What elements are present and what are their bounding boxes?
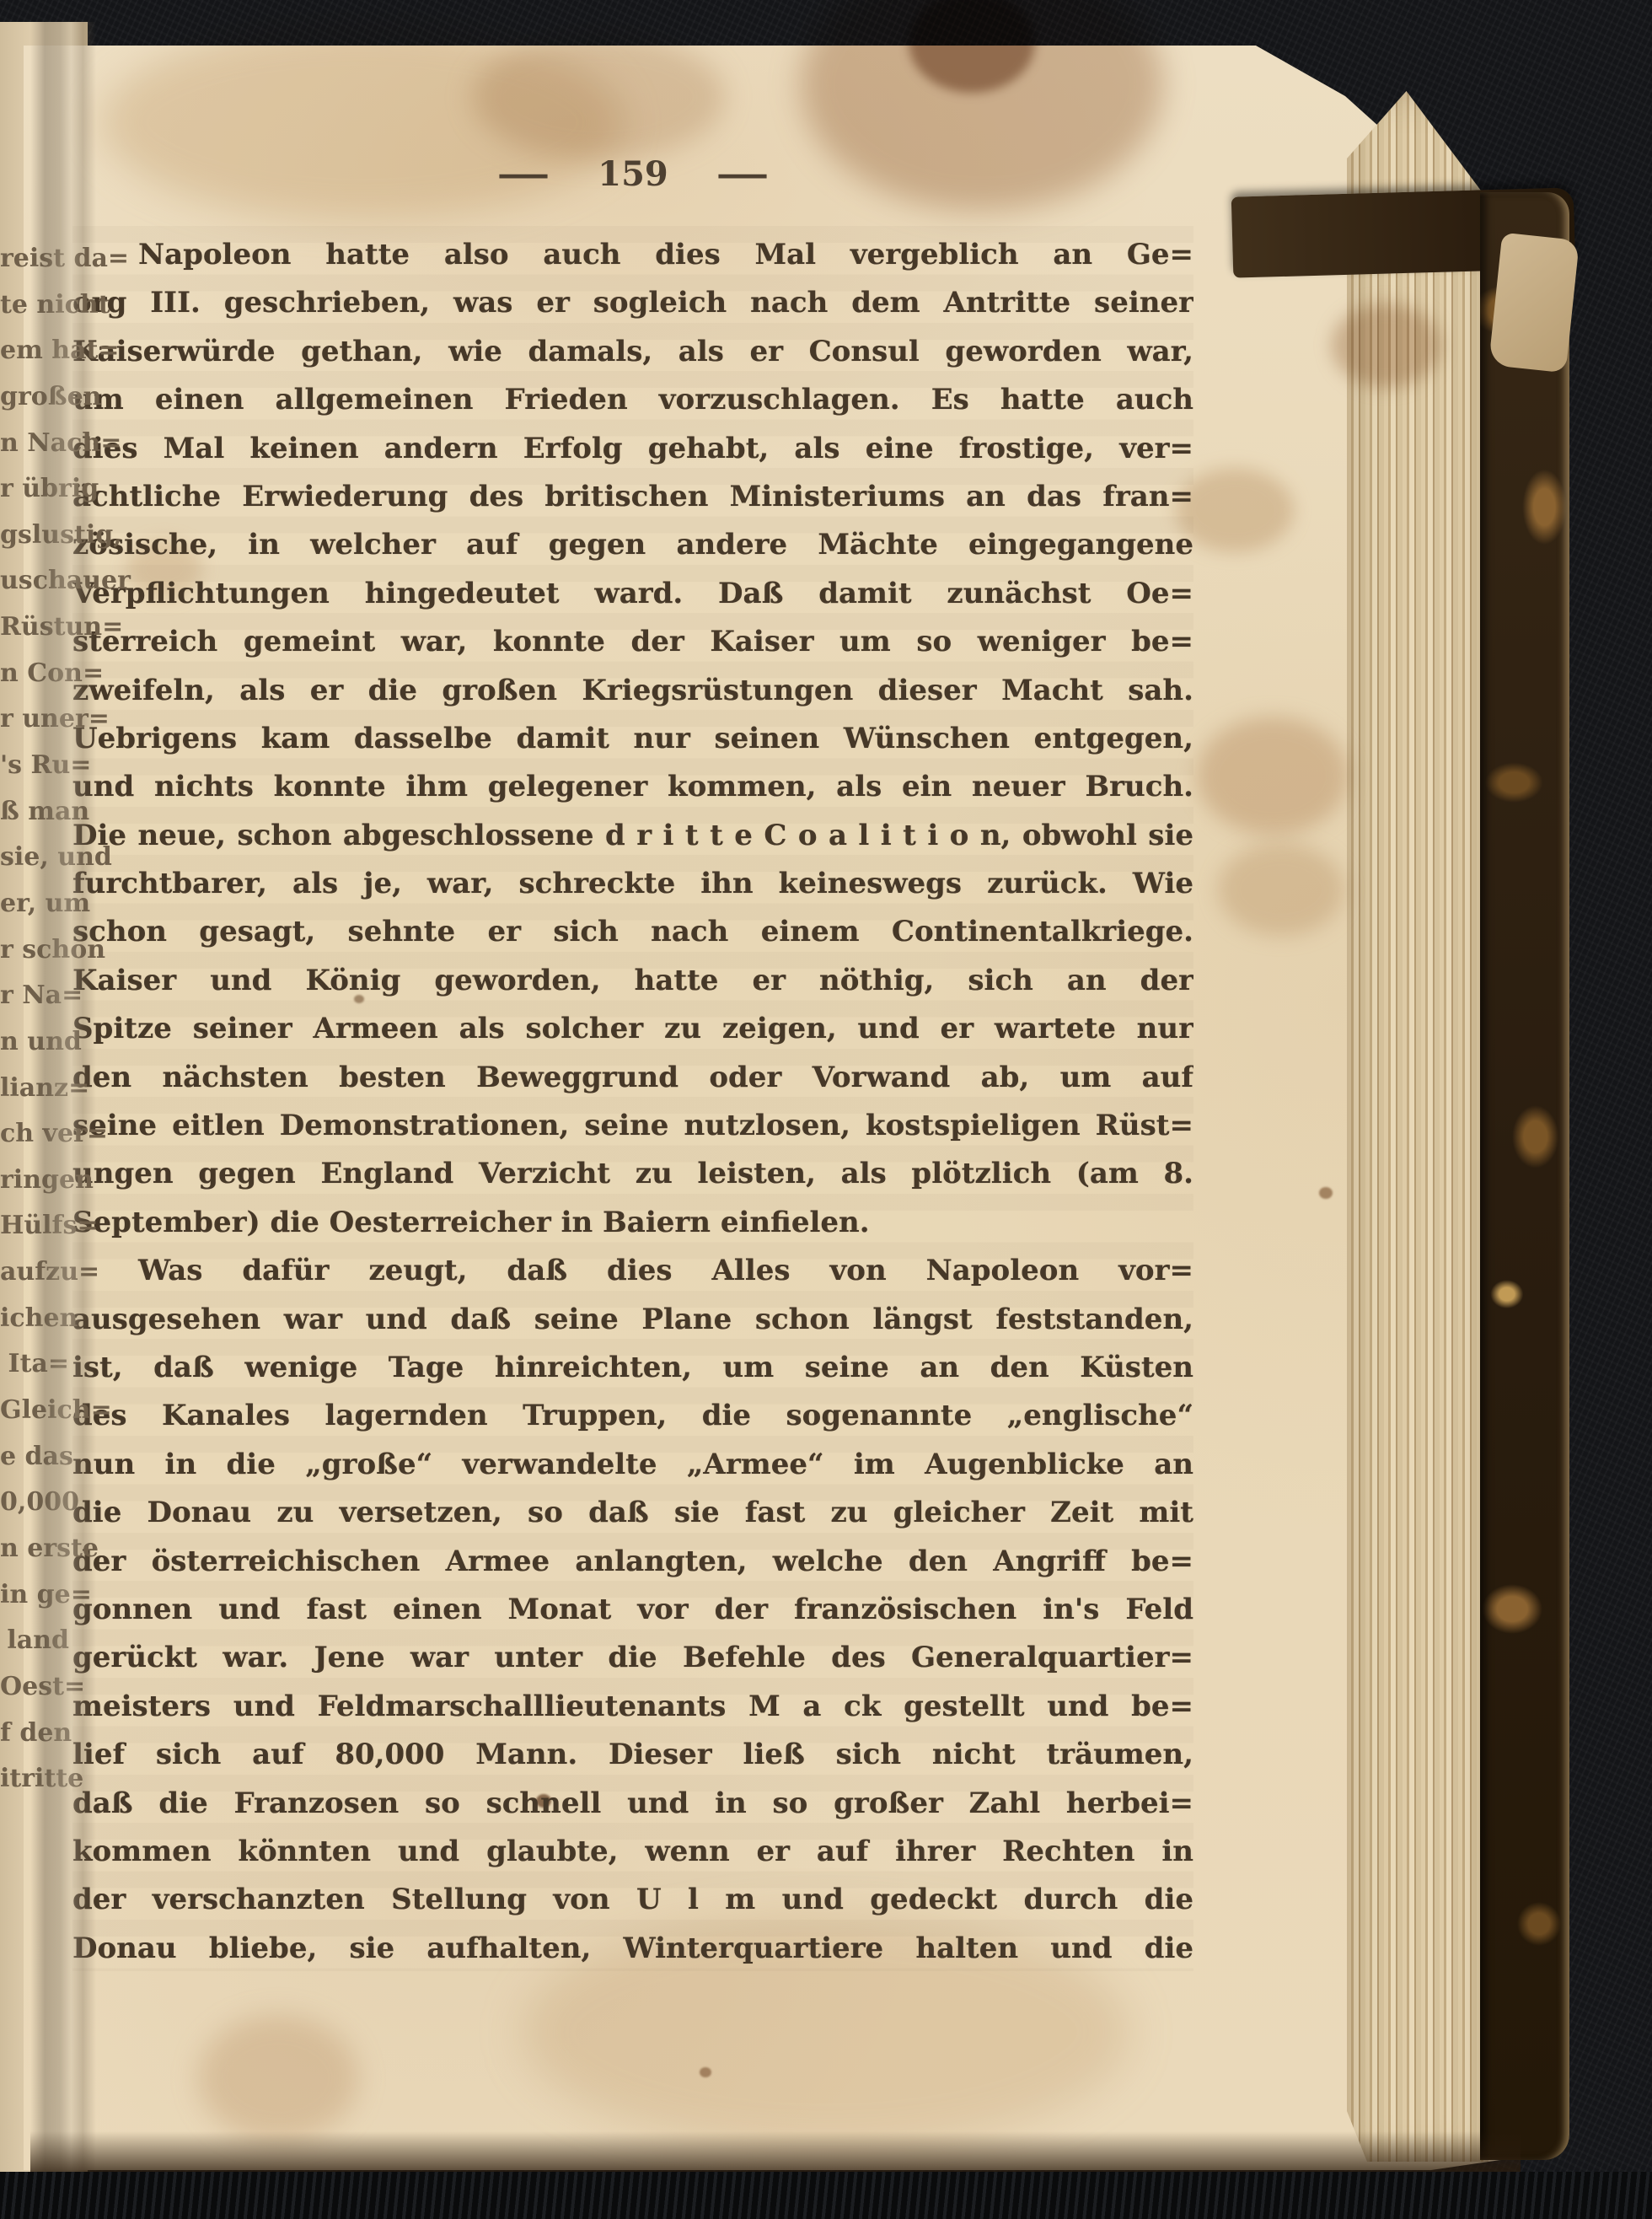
leather-background-ridges — [0, 2172, 1652, 2219]
text-block: Napoleon hatte also auch dies Mal vergeb… — [72, 231, 1193, 1973]
text-line: Kaiserwürde gethan, wie damals, als er C… — [72, 328, 1193, 376]
text-line: sterreich gemeint war, konnte der Kaiser… — [72, 618, 1193, 666]
text-line: ausgesehen war und daß seine Plane schon… — [72, 1296, 1193, 1344]
text-line: meisters und Feldmarschalllieutenants M … — [72, 1683, 1193, 1731]
text-line: ungen gegen England Verzicht zu leisten,… — [72, 1150, 1193, 1198]
text-line: seine eitlen Demonstrationen, seine nutz… — [72, 1102, 1193, 1150]
marbled-cover — [1480, 192, 1569, 2160]
text-line: Spitze seiner Armeen als solcher zu zeig… — [72, 1005, 1193, 1053]
text-line: org III. geschrieben, was er sogleich na… — [72, 279, 1193, 327]
text-line: September) die Oesterreicher in Baiern e… — [72, 1199, 1193, 1247]
header-dash-left: — — [496, 154, 550, 194]
text-line: den nächsten besten Beweggrund oder Vorw… — [72, 1054, 1193, 1102]
text-line: nun in die „große“ verwandelte „Armee“ i… — [72, 1441, 1193, 1489]
text-line: lief sich auf 80,000 Mann. Dieser ließ s… — [72, 1731, 1193, 1779]
text-line: und nichts konnte ihm gelegener kommen, … — [72, 763, 1193, 811]
text-line: zösische, in welcher auf gegen andere Mä… — [72, 521, 1193, 569]
text-line: Was dafür zeugt, daß dies Alles von Napo… — [72, 1247, 1193, 1295]
text-line: Die neue, schon abgeschlossene d r i t t… — [72, 812, 1193, 860]
text-line: der verschanzten Stellung von U l m und … — [72, 1876, 1193, 1924]
page-number-header: — 159 — — [72, 152, 1193, 196]
text-line: um einen allgemeinen Frieden vorzuschlag… — [72, 376, 1193, 424]
text-line: dies Mal keinen andern Erfolg gehabt, al… — [72, 425, 1193, 473]
page-stack-edges — [1347, 91, 1488, 2162]
text-line: kommen könnten und glaubte, wenn er auf … — [72, 1828, 1193, 1876]
gutter-fold — [30, 22, 96, 2206]
text-line: die Donau zu versetzen, so daß sie fast … — [72, 1489, 1193, 1537]
header-dash-right: — — [716, 154, 770, 194]
text-line: Verpflichtungen hingedeutet ward. Daß da… — [72, 570, 1193, 618]
text-line: gerückt war. Jene war unter die Befehle … — [72, 1634, 1193, 1682]
text-line: des Kanales lagernden Truppen, die sogen… — [72, 1392, 1193, 1440]
text-line: schon gesagt, sehnte er sich nach einem … — [72, 908, 1193, 956]
text-line: daß die Franzosen so schnell und in so g… — [72, 1780, 1193, 1828]
text-line: ächtliche Erwiederung des britischen Min… — [72, 473, 1193, 521]
bottom-page-shadow — [30, 2131, 1521, 2177]
text-line: Uebrigens kam dasselbe damit nur seinen … — [72, 715, 1193, 763]
page-top-edge — [106, 18, 1326, 105]
text-line: zweifeln, als er die großen Kriegsrüstun… — [72, 667, 1193, 715]
text-line: Napoleon hatte also auch dies Mal vergeb… — [72, 231, 1193, 279]
book-scan-scene: — 159 — Napoleon hatte also auch dies Ma… — [0, 0, 1652, 2219]
text-line: furchtbarer, als je, war, schreckte ihn … — [72, 860, 1193, 908]
text-line: ist, daß wenige Tage hinreichten, um sei… — [72, 1344, 1193, 1392]
text-line: Donau bliebe, sie aufhalten, Winterquart… — [72, 1925, 1193, 1973]
text-line: der österreichischen Armee anlangten, we… — [72, 1538, 1193, 1586]
text-line: gonnen und fast einen Monat vor der fran… — [72, 1586, 1193, 1634]
page-number: 159 — [598, 154, 668, 194]
cover-corner — [1488, 233, 1580, 373]
text-line: Kaiser und König geworden, hatte er nöth… — [72, 957, 1193, 1005]
